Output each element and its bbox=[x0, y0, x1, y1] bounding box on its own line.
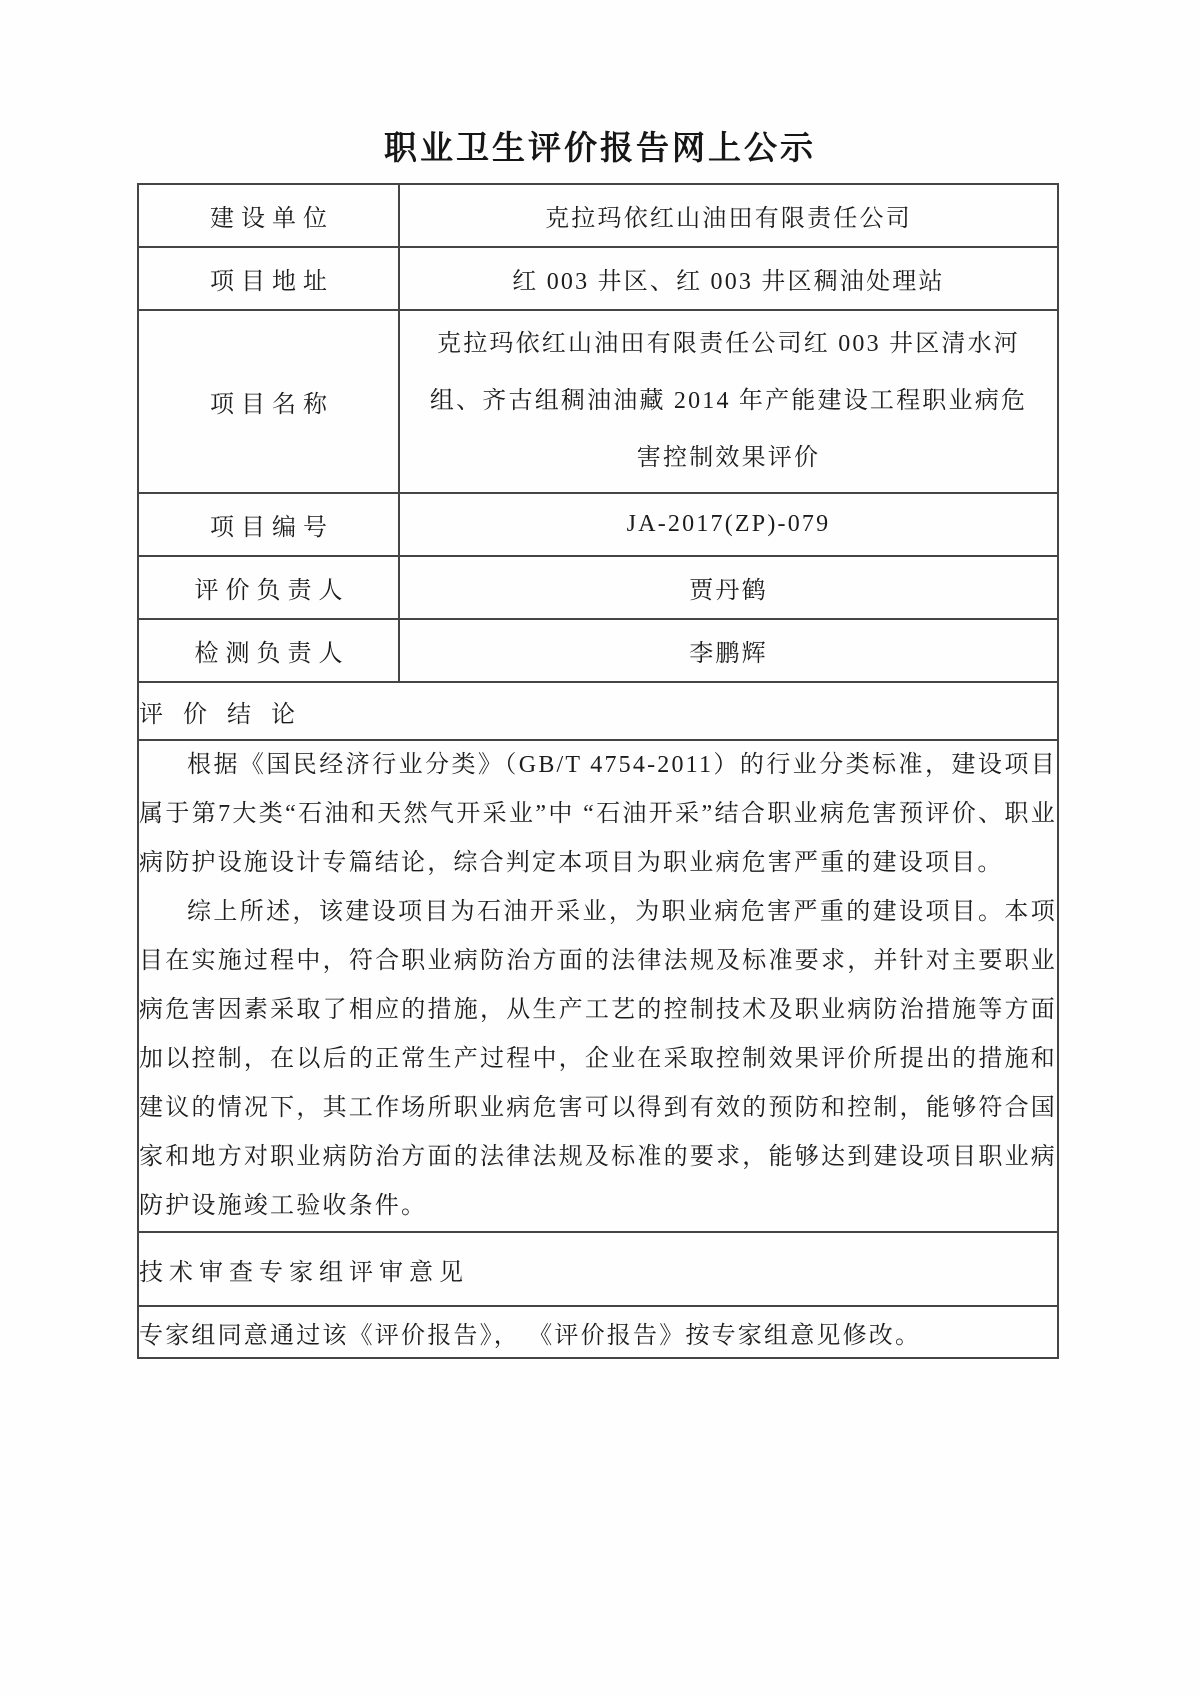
table-row: 评价负责人 贾丹鹤 bbox=[138, 556, 1058, 619]
table-row: 项目名称 克拉玛依红山油田有限责任公司红 003 井区清水河 组、齐古组稠油油藏… bbox=[138, 310, 1058, 493]
table-row: 根据《国民经济行业分类》（GB/T 4754-2011）的行业分类标准，建设项目… bbox=[138, 740, 1058, 1232]
field-value-project-address: 红 003 井区、红 003 井区稠油处理站 bbox=[399, 247, 1058, 310]
field-value-evaluation-lead: 贾丹鹤 bbox=[399, 556, 1058, 619]
conclusion-section-label: 评价结论 bbox=[138, 682, 1058, 740]
notice-table: 建设单位 克拉玛依红山油田有限责任公司 项目地址 红 003 井区、红 003 … bbox=[137, 183, 1059, 1359]
notice-table-container: 建设单位 克拉玛依红山油田有限责任公司 项目地址 红 003 井区、红 003 … bbox=[137, 183, 1059, 1359]
table-row: 项目编号 JA-2017(ZP)-079 bbox=[138, 493, 1058, 556]
conclusion-paragraph-2: 综上所述，该建设项目为石油开采业，为职业病危害严重的建设项目。本项目在实施过程中… bbox=[139, 888, 1057, 1231]
field-label-evaluation-lead: 评价负责人 bbox=[138, 556, 399, 619]
document-page: 职业卫生评价报告网上公示 建设单位 克拉玛依红山油田有限责任公司 项目地址 红 … bbox=[0, 0, 1200, 1696]
table-row: 评价结论 bbox=[138, 682, 1058, 740]
table-row: 建设单位 克拉玛依红山油田有限责任公司 bbox=[138, 184, 1058, 247]
field-label-project-name: 项目名称 bbox=[138, 310, 399, 493]
table-row: 项目地址 红 003 井区、红 003 井区稠油处理站 bbox=[138, 247, 1058, 310]
field-label-construction-unit: 建设单位 bbox=[138, 184, 399, 247]
table-row: 技术审查专家组评审意见 bbox=[138, 1232, 1058, 1306]
field-label-project-address: 项目地址 bbox=[138, 247, 399, 310]
field-value-project-name: 克拉玛依红山油田有限责任公司红 003 井区清水河 组、齐古组稠油油藏 2014… bbox=[399, 310, 1058, 493]
expert-review-section-label: 技术审查专家组评审意见 bbox=[138, 1232, 1058, 1306]
field-value-construction-unit: 克拉玛依红山油田有限责任公司 bbox=[399, 184, 1058, 247]
field-label-testing-lead: 检测负责人 bbox=[138, 619, 399, 682]
field-label-project-number: 项目编号 bbox=[138, 493, 399, 556]
field-value-testing-lead: 李鹏辉 bbox=[399, 619, 1058, 682]
field-value-project-number: JA-2017(ZP)-079 bbox=[399, 493, 1058, 556]
table-row: 专家组同意通过该《评价报告》， 《评价报告》按专家组意见修改。 bbox=[138, 1306, 1058, 1358]
conclusion-text-cell: 根据《国民经济行业分类》（GB/T 4754-2011）的行业分类标准，建设项目… bbox=[138, 740, 1058, 1232]
expert-review-opinion: 专家组同意通过该《评价报告》， 《评价报告》按专家组意见修改。 bbox=[138, 1306, 1058, 1358]
table-row: 检测负责人 李鹏辉 bbox=[138, 619, 1058, 682]
conclusion-paragraph-1: 根据《国民经济行业分类》（GB/T 4754-2011）的行业分类标准，建设项目… bbox=[139, 741, 1057, 888]
page-title: 职业卫生评价报告网上公示 bbox=[0, 122, 1200, 169]
